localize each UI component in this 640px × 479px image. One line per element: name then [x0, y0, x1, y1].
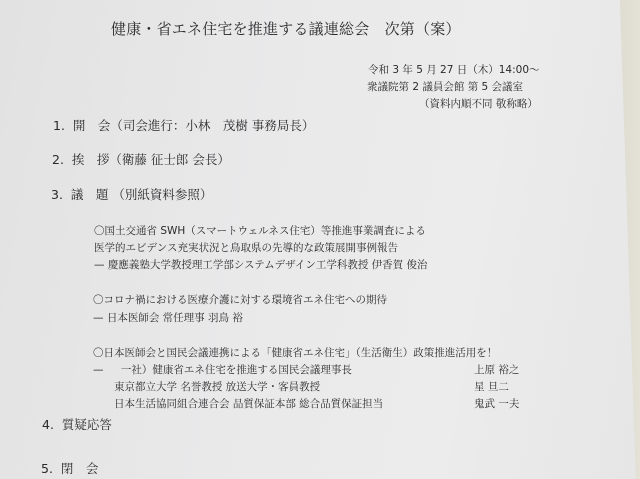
agenda-item-1: 1. 開 会（司会進行：小林 茂樹 事務局長） [53, 116, 314, 134]
document-title: 健康・省エネ住宅を推進する議連総会 次第（案） [111, 18, 461, 39]
speaker-affiliation: 日本生活協同組合連合会 品質保証本部 総合品質保証担当 [114, 398, 383, 410]
dash-prefix: — [93, 364, 104, 376]
agenda-label: 議 題 （別紙資料参照） [71, 187, 212, 202]
topic-1-line-1: 〇国土交通省 SWH（スマートウェルネス住宅）等推進事業調査による [94, 223, 426, 238]
agenda-label: 質疑応答 [62, 417, 112, 432]
speaker-name: 星 旦二 [474, 379, 509, 394]
speaker-name: 上原 裕之 [474, 362, 519, 377]
topic-2-line-1: 〇コロナ禍における医療介護に対する環境省エネ住宅への期待 [93, 292, 387, 307]
agenda-number: 2. [52, 152, 64, 167]
speaker-affiliation: 一社）健康省エネ住宅を推進する国民会議理事長 [121, 364, 352, 376]
agenda-number: 5. [41, 461, 53, 476]
agenda-number: 1. [53, 118, 65, 133]
speaker-row: — 一社）健康省エネ住宅を推進する国民会議理事長 [93, 362, 352, 377]
topic-1-speaker: — 慶應義塾大学教授理工学部システムデザイン工学科教授 伊香賀 俊治 [94, 257, 428, 272]
speaker-affiliation: 東京都立大学 名誉教授 放送大学・客員教授 [114, 381, 320, 393]
agenda-number: 3. [51, 187, 63, 202]
agenda-number: 4. [42, 417, 54, 432]
meeting-date: 令和 3 年 5 月 27 日（木）14:00～ [368, 62, 540, 77]
agenda-label: 挨 拶（衛藤 征士郎 会長） [72, 152, 230, 167]
agenda-item-4: 4. 質疑応答 [42, 415, 112, 433]
agenda-label: 開 会（司会進行：小林 茂樹 事務局長） [73, 118, 314, 133]
speaker-row: 日本生活協同組合連合会 品質保証本部 総合品質保証担当 [114, 396, 383, 411]
agenda-item-5: 5. 閉 会 [41, 459, 98, 477]
speaker-row: 東京都立大学 名誉教授 放送大学・客員教授 [114, 379, 320, 394]
topic-3-heading: 〇日本医師会と国民会議連携による「健康省エネ住宅」（生活衛生）政策推進活用を！ [93, 345, 497, 360]
agenda-item-2: 2. 挨 拶（衛藤 征士郎 会長） [52, 150, 230, 168]
topic-1-line-2: 医学的エビデンス充実状況と鳥取県の先導的な政策展開事例報告 [94, 240, 398, 255]
topic-2-speaker: — 日本医師会 常任理事 羽鳥 裕 [93, 310, 243, 325]
document-note: （資料内順不同 敬称略） [419, 96, 538, 111]
meeting-venue: 衆議院第 2 議員会館 第 5 会議室 [367, 79, 523, 94]
speaker-name: 鬼武 一夫 [474, 396, 519, 411]
agenda-label: 閉 会 [61, 461, 99, 476]
agenda-item-3: 3. 議 題 （別紙資料参照） [51, 185, 212, 203]
